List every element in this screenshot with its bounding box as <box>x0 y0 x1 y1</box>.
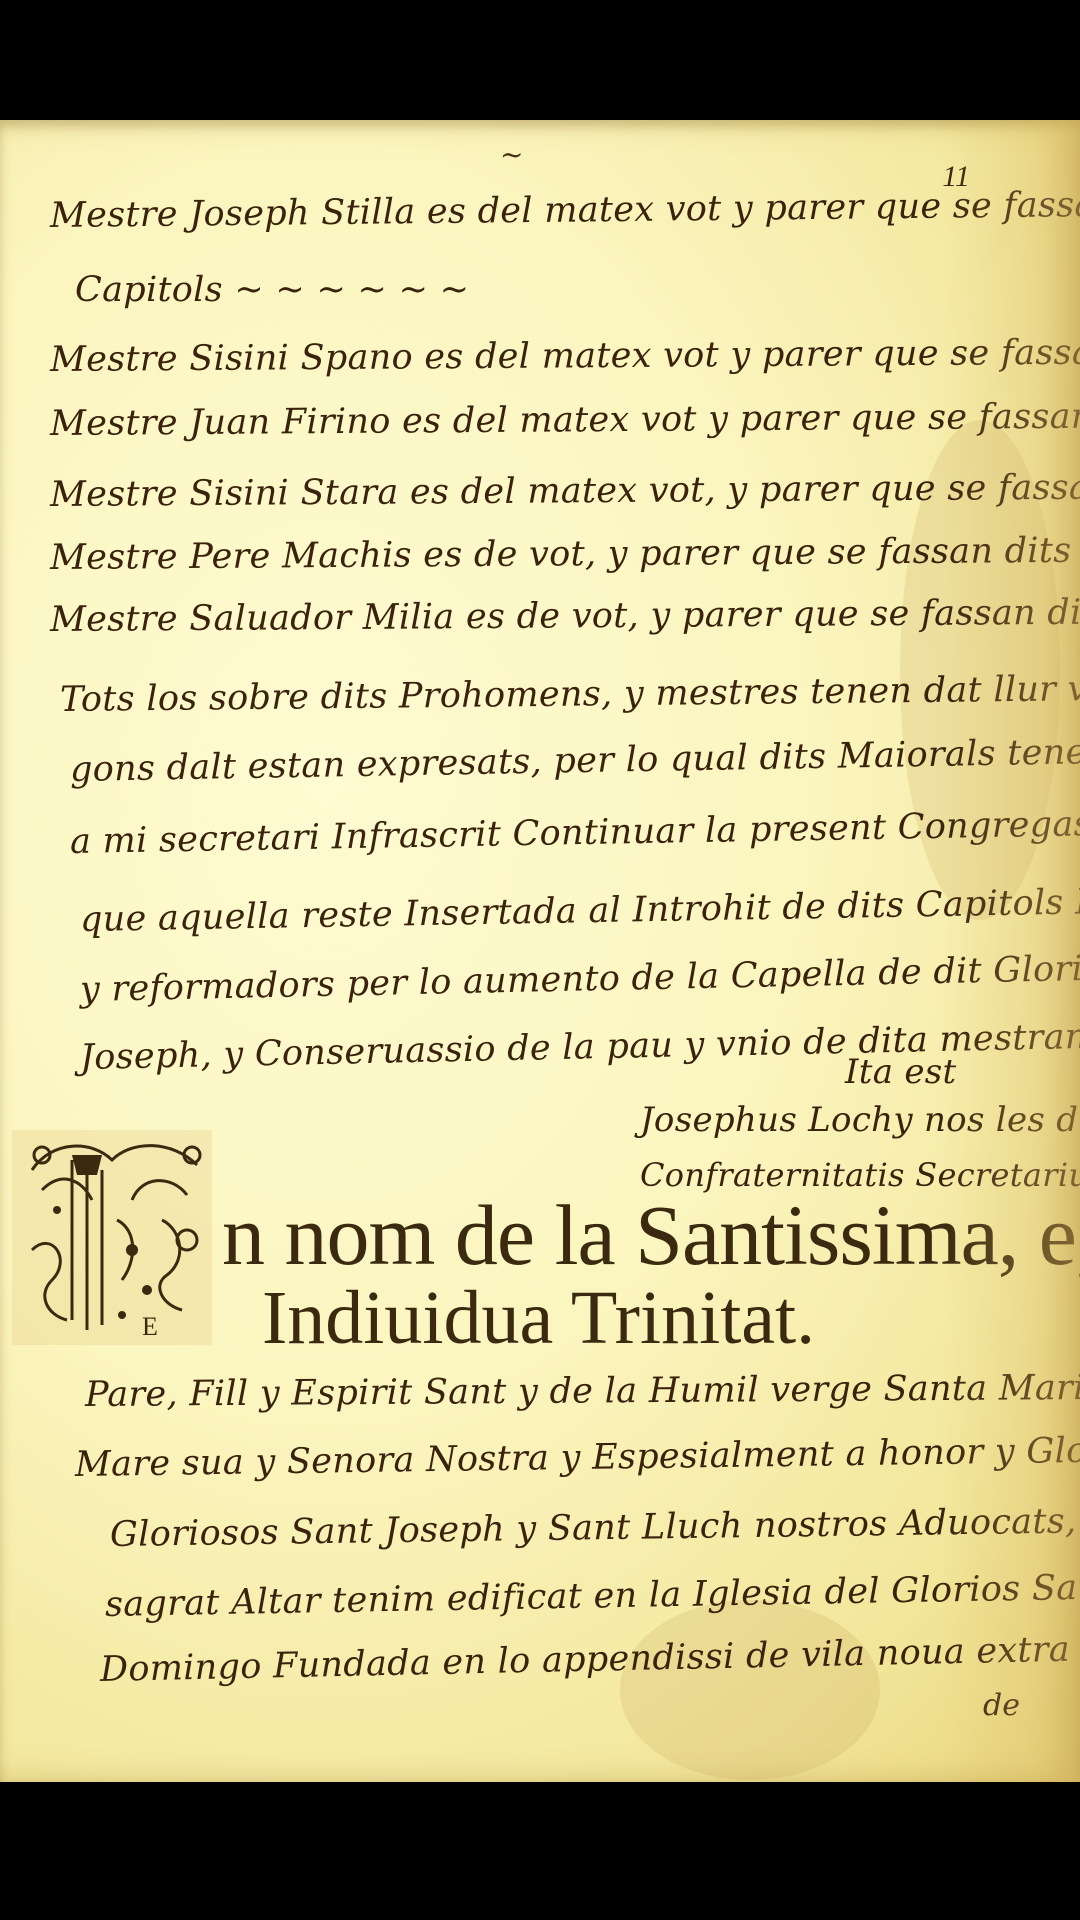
signature-name: Josephus Lochy nos les dicte <box>640 1100 1080 1140</box>
vote-line: Mestre Juan Firino es del matex vot y pa… <box>50 395 1080 444</box>
body-line: Domingo Fundada en lo appendissi de vila… <box>100 1627 1080 1690</box>
vote-line: Mestre Sisini Spano es del matex vot y p… <box>50 331 1080 380</box>
resolution-line: que aquella reste Insertada al Introhit … <box>80 880 1080 940</box>
top-flourish: ~ <box>500 138 523 171</box>
vote-line: Mestre Joseph Stilla es del matex vot y … <box>50 184 1080 236</box>
body-line: Gloriosos Sant Joseph y Sant Lluch nostr… <box>110 1499 1080 1555</box>
catchword: de <box>983 1688 1020 1723</box>
svg-text:E: E <box>142 1312 158 1341</box>
vote-line: Mestre Saluador Milia es de vot, y parer… <box>50 591 1080 640</box>
heading-line-2: Indiuidua Trinitat. <box>262 1275 815 1362</box>
heading-line-1: n nom de la Santissima, e, <box>222 1185 1080 1285</box>
vote-line: Mestre Pere Machis es de vot, y parer qu… <box>50 529 1080 578</box>
manuscript-page: ~ 11 Mestre Joseph Stilla es del matex v… <box>0 120 1080 1782</box>
body-line: Pare, Fill y Espirit Sant y de la Humil … <box>85 1368 1080 1415</box>
paper-stain <box>620 1600 880 1780</box>
body-line: sagrat Altar tenim edificat en la Iglesi… <box>105 1567 1080 1625</box>
signature-attest: Ita est <box>845 1052 957 1092</box>
vote-line: Capitols ~ ~ ~ ~ ~ ~ <box>75 270 469 310</box>
resolution-line: y reformadors per lo aumento de la Capel… <box>80 946 1080 1010</box>
decorated-initial-icon: E <box>12 1130 212 1345</box>
body-line: Mare sua y Senora Nostra y Espesialment … <box>75 1429 1080 1485</box>
vote-line: Mestre Sisini Stara es del matex vot, y … <box>50 466 1080 515</box>
